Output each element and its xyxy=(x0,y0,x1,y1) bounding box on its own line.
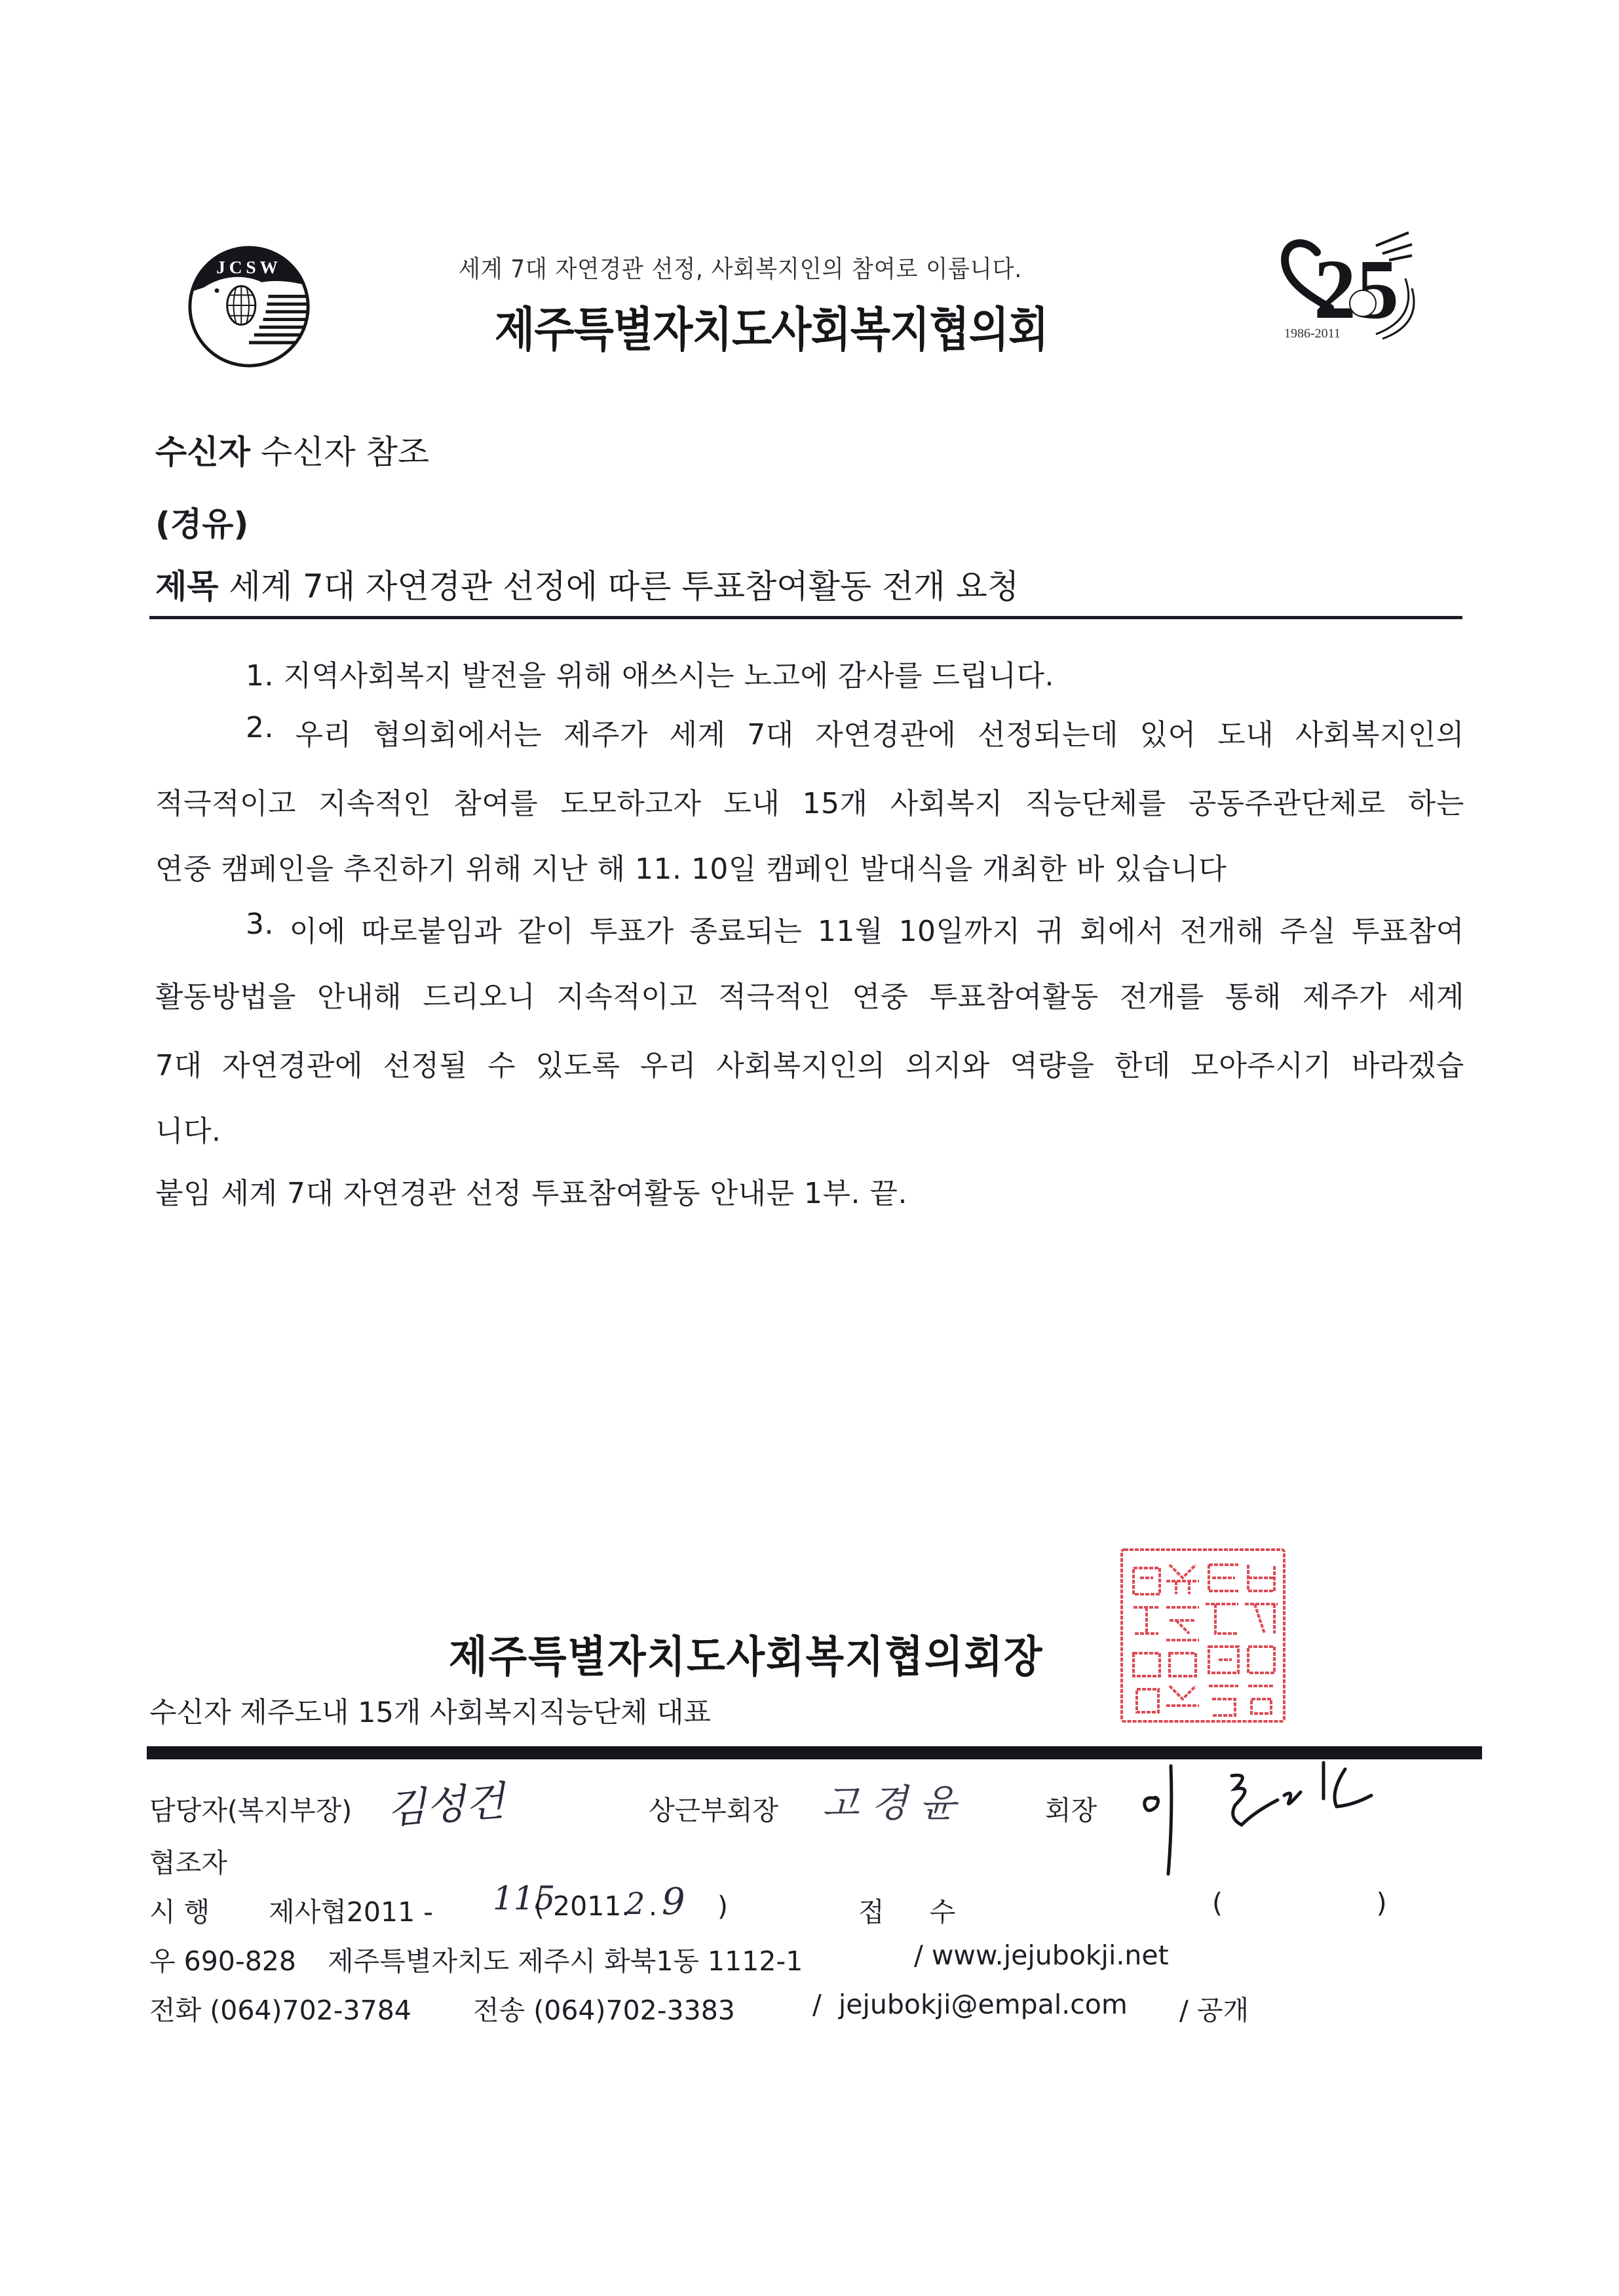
address: 제주특별자치도 제주시 화북1동 1112-1 xyxy=(328,1940,803,1978)
document-date-suffix: ) xyxy=(717,1890,728,1922)
document-date-month-handwritten: 2 xyxy=(626,1886,645,1921)
slogan: 세계 7대 자연경관 선정, 사회복지인의 참여로 이룹니다. xyxy=(459,249,1022,284)
organization-title: 제주특별자치도사회복지협의회 xyxy=(495,292,1048,360)
paragraph-1: 1. 지역사회복지 발전을 위해 애쓰시는 노고에 감사를 드립니다. xyxy=(246,652,1054,694)
recipient-value: 수신자 참조 xyxy=(261,433,429,471)
via-field: (경유) xyxy=(155,498,248,545)
fax-number: 전송 (064)702-3383 xyxy=(473,1989,735,2027)
email-link[interactable]: / jejubokji@empal.com xyxy=(812,1989,1128,2020)
paragraph-2-line-2: 적극적이고지속적인참여를도모하고자도내15개사회복지직능단체를공동주관단체로하는 xyxy=(155,780,1464,822)
paragraph-3-line-2: 활동방법을안내해드리오니지속적이고적극적인연중투표참여활동전개를통해제주가세계 xyxy=(155,973,1464,1015)
cooperator-label: 협조자 xyxy=(149,1841,227,1880)
attachment-line: 붙임 세계 7대 자연경관 선정 투표참여활동 안내문 1부. 끝. xyxy=(155,1170,907,1212)
staff-label: 담당자(복지부장) xyxy=(149,1789,352,1827)
footer-divider xyxy=(147,1746,1482,1759)
vice-president-label: 상근부회장 xyxy=(649,1789,778,1827)
vice-president-signature: 고경윤 xyxy=(822,1772,968,1827)
jcsw-logo-text: JCSW xyxy=(216,258,282,277)
website-link[interactable]: / www.jejubokji.net xyxy=(914,1940,1169,1971)
paragraph-3-line-1: 3.이에따로붙임과같이투표가종료되는11월10일까지귀회에서전개해주실투표참여 xyxy=(246,908,1464,949)
postal-code: 우 690-828 xyxy=(149,1940,296,1978)
receipt-label: 접 수 xyxy=(858,1890,974,1929)
anniversary-number: 25 xyxy=(1314,242,1399,337)
subject-label: 제목 xyxy=(155,567,219,605)
document-number-prefix: 제사협2011 - xyxy=(269,1890,433,1929)
sender-title: 제주특별자치도사회복지협의회장 xyxy=(449,1622,1043,1684)
phone-number: 전화 (064)702-3784 xyxy=(149,1989,411,2027)
receipt-value: ( ) xyxy=(1212,1887,1387,1919)
recipients-list: 수신자 제주도내 15개 사회복지직능단체 대표 xyxy=(149,1691,711,1731)
disclosure-status: / 공개 xyxy=(1179,1989,1249,2027)
official-seal-stamp-icon xyxy=(1114,1542,1291,1729)
anniversary-years: 1986-2011 xyxy=(1284,326,1341,341)
document-date-day-handwritten: 9 xyxy=(662,1881,685,1923)
staff-signature: 김성건 xyxy=(385,1769,506,1835)
subject-value: 세계 7대 자연경관 선정에 따른 투표참여활동 전개 요청 xyxy=(229,567,1019,605)
enforcement-label: 시 행 xyxy=(149,1890,210,1929)
paragraph-3-line-4: 니다. xyxy=(155,1107,221,1149)
president-signature-icon xyxy=(1137,1759,1399,1890)
paragraph-3-line-3: 7대자연경관에선정될수있도록우리사회복지인의의지와역량을한데모아주시기바라겠습 xyxy=(155,1042,1464,1084)
anniversary-25-logo-icon: 25 1986-2011 xyxy=(1278,226,1422,344)
president-label: 회장 xyxy=(1045,1789,1097,1827)
recipient-label: 수신자 xyxy=(155,433,250,471)
recipient-field: 수신자 수신자 참조 xyxy=(155,426,429,473)
jcsw-logo-icon: JCSW xyxy=(185,242,313,371)
paragraph-2-line-1: 2.우리협의회에서는제주가세계7대자연경관에선정되는데있어도내사회복지인의 xyxy=(246,711,1464,753)
paragraph-2-line-3: 연중 캠페인을 추진하기 위해 지난 해 11. 10일 캠페인 발대식을 개최… xyxy=(155,845,1227,887)
subject-divider xyxy=(149,616,1462,619)
subject-field: 제목 세계 7대 자연경관 선정에 따른 투표참여활동 전개 요청 xyxy=(155,560,1019,607)
document-date-prefix: ( 2011. xyxy=(534,1890,630,1922)
